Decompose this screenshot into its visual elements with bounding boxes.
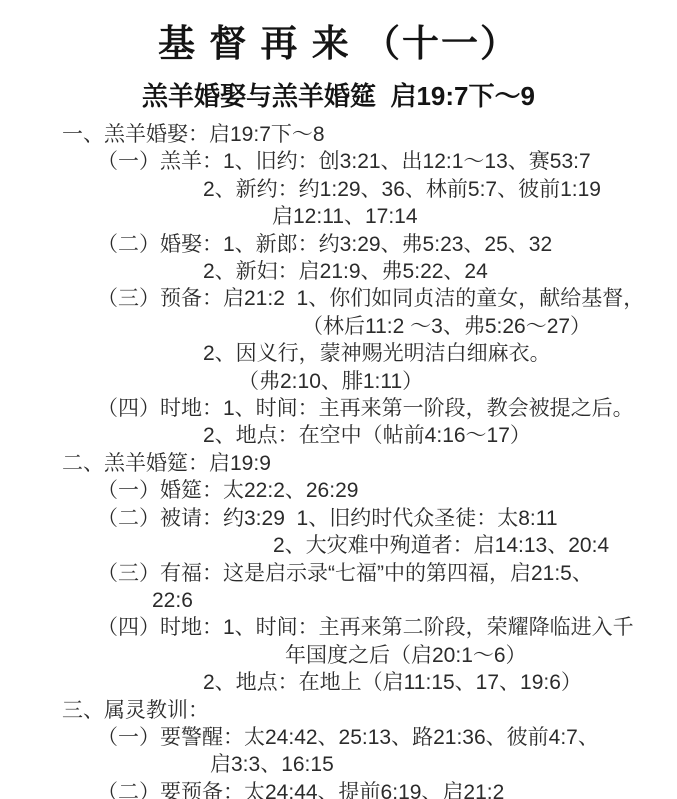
outline-line: 2、因义行，蒙神赐光明洁白细麻衣。 [0,340,677,367]
outline: 一、羔羊婚娶：启19:7下～8 （一）羔羊：1、旧约：创3:21、出12:1～1… [0,121,677,799]
outline-line: （一）要警醒：太24:42、25:13、路21:36、彼前4:7、 [0,724,677,751]
outline-line: 三、属灵教训： [0,697,677,724]
outline-line: 二、羔羊婚筵：启19:9 [0,450,677,477]
outline-line: 22:6 [0,587,677,614]
outline-line: （一）婚筵：太22:2、26:29 [0,477,677,504]
outline-line: 启3:3、16:15 [0,751,677,778]
outline-line: （三）预备：启21:2 1、你们如同贞洁的童女，献给基督， [0,285,677,312]
document-page: 基 督 再 来 （十一） 羔羊婚娶与羔羊婚筵 启19:7下～9 一、羔羊婚娶：启… [0,0,677,799]
page-subtitle: 羔羊婚娶与羔羊婚筵 启19:7下～9 [0,76,677,113]
outline-line: 2、新约：约1:29、36、林前5:7、彼前1:19 [0,176,677,203]
outline-line: （林后11:2 ～3、弗5:26～27） [0,313,677,340]
outline-line: 启12:11、17:14 [0,203,677,230]
outline-line: （一）羔羊：1、旧约：创3:21、出12:1～13、赛53:7 [0,148,677,175]
outline-line: 2、大灾难中殉道者：启14:13、20:4 [0,532,677,559]
outline-line: （二）被请：约3:29 1、旧约时代众圣徒：太8:11 [0,505,677,532]
outline-line: 一、羔羊婚娶：启19:7下～8 [0,121,677,148]
outline-line: 2、新妇：启21:9、弗5:22、24 [0,258,677,285]
outline-line: 2、地点：在空中（帖前4:16～17） [0,422,677,449]
outline-line: （四）时地：1、时间：主再来第一阶段，教会被提之后。 [0,395,677,422]
outline-line: （二）婚娶：1、新郎：约3:29、弗5:23、25、32 [0,231,677,258]
outline-line: （二）要预备：太24:44、提前6:19、启21:2 [0,779,677,799]
outline-line: （三）有福：这是启示录“七福”中的第四福，启21:5、 [0,560,677,587]
page-title: 基 督 再 来 （十一） [0,13,677,67]
outline-line: （弗2:10、腓1:11） [0,368,677,395]
outline-line: 2、地点：在地上（启11:15、17、19:6） [0,669,677,696]
outline-line: （四）时地：1、时间：主再来第二阶段，荣耀降临进入千 [0,614,677,641]
outline-line: 年国度之后（启20:1～6） [0,642,677,669]
